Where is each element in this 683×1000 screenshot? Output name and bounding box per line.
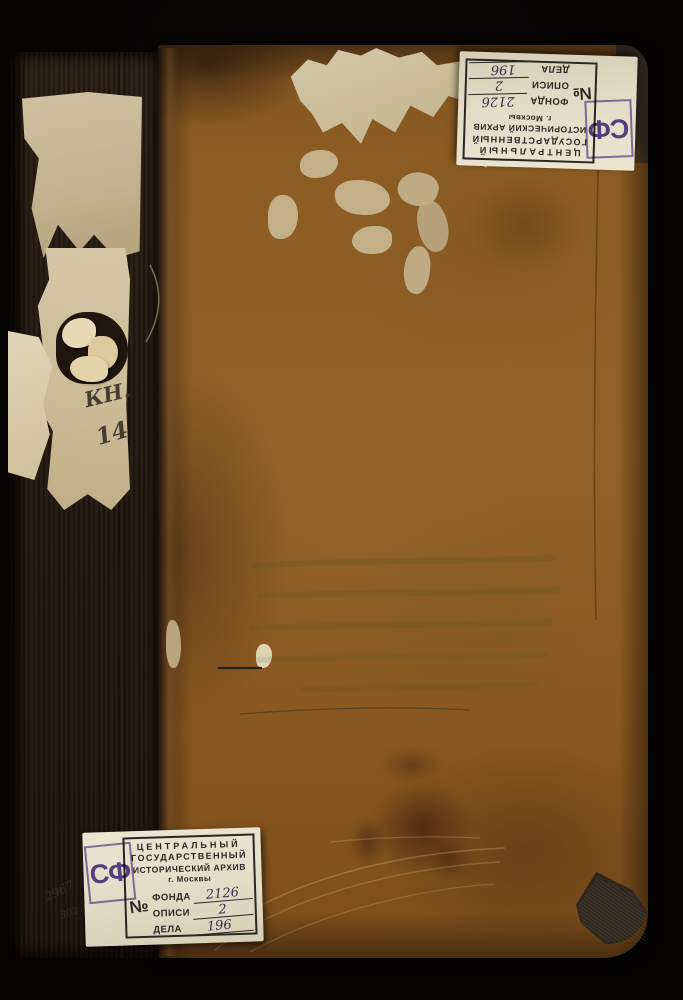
- field-rows: ФОНДА 2126 ОПИСИ 2 ДЕЛА 196: [152, 886, 254, 937]
- archive-label-top-upside-down: ЦЕНТРАЛЬНЫЙ ГОСУДАРСТВЕННЫЙ ИСТОРИЧЕСКИЙ…: [456, 51, 637, 171]
- label-printed-frame: ЦЕНТРАЛЬНЫЙ ГОСУДАРСТВЕННЫЙ ИСТОРИЧЕСКИЙ…: [462, 58, 597, 163]
- number-sign: №: [128, 896, 152, 938]
- field-row-opis: ОПИСИ 2: [153, 902, 253, 920]
- field-label: ФОНДА: [530, 94, 569, 106]
- field-row-fond: ФОНДА 2126: [152, 886, 252, 904]
- field-row-fond: ФОНДА 2126: [468, 92, 568, 110]
- field-label: ДЕЛА: [541, 63, 570, 75]
- field-label: ОПИСИ: [153, 908, 191, 920]
- field-row-opis: ОПИСИ 2: [469, 76, 569, 94]
- field-value-handwritten: 196: [184, 918, 253, 937]
- label-fields: № ФОНДА 2126 ОПИСИ 2 ДЕЛА 196: [128, 886, 253, 938]
- field-value-handwritten: 196: [469, 61, 538, 75]
- field-value-handwritten: 2: [469, 77, 529, 91]
- field-label: ОПИСИ: [531, 78, 569, 90]
- photo-of-archival-book-cover: КН. 14 ЦЕНТРАЛЬНЫЙ ГОСУДАРСТВЕННЫЙ ИС: [0, 0, 683, 1000]
- sf-ink-stamp: СФ: [84, 842, 137, 904]
- number-sign: №: [571, 62, 593, 103]
- label-fields: № ФОНДА 2126 ОПИСИ 2 ДЕЛА 196: [468, 59, 593, 111]
- field-row-delo: ДЕЛА 196: [469, 60, 569, 78]
- archive-label-bottom: ЦЕНТРАЛЬНЫЙ ГОСУДАРСТВЕННЫЙ ИСТОРИЧЕСКИЙ…: [82, 827, 263, 947]
- field-rows: ФОНДА 2126 ОПИСИ 2 ДЕЛА 196: [468, 59, 570, 110]
- field-label: ФОНДА: [152, 892, 191, 904]
- field-row-delo: ДЕЛА 196: [153, 918, 253, 936]
- label-printed-frame: ЦЕНТРАЛЬНЫЙ ГОСУДАРСТВЕННЫЙ ИСТОРИЧЕСКИЙ…: [122, 833, 257, 938]
- field-label: ДЕЛА: [153, 924, 182, 936]
- sf-ink-stamp: СФ: [584, 99, 633, 159]
- field-value-handwritten: 2126: [468, 93, 527, 107]
